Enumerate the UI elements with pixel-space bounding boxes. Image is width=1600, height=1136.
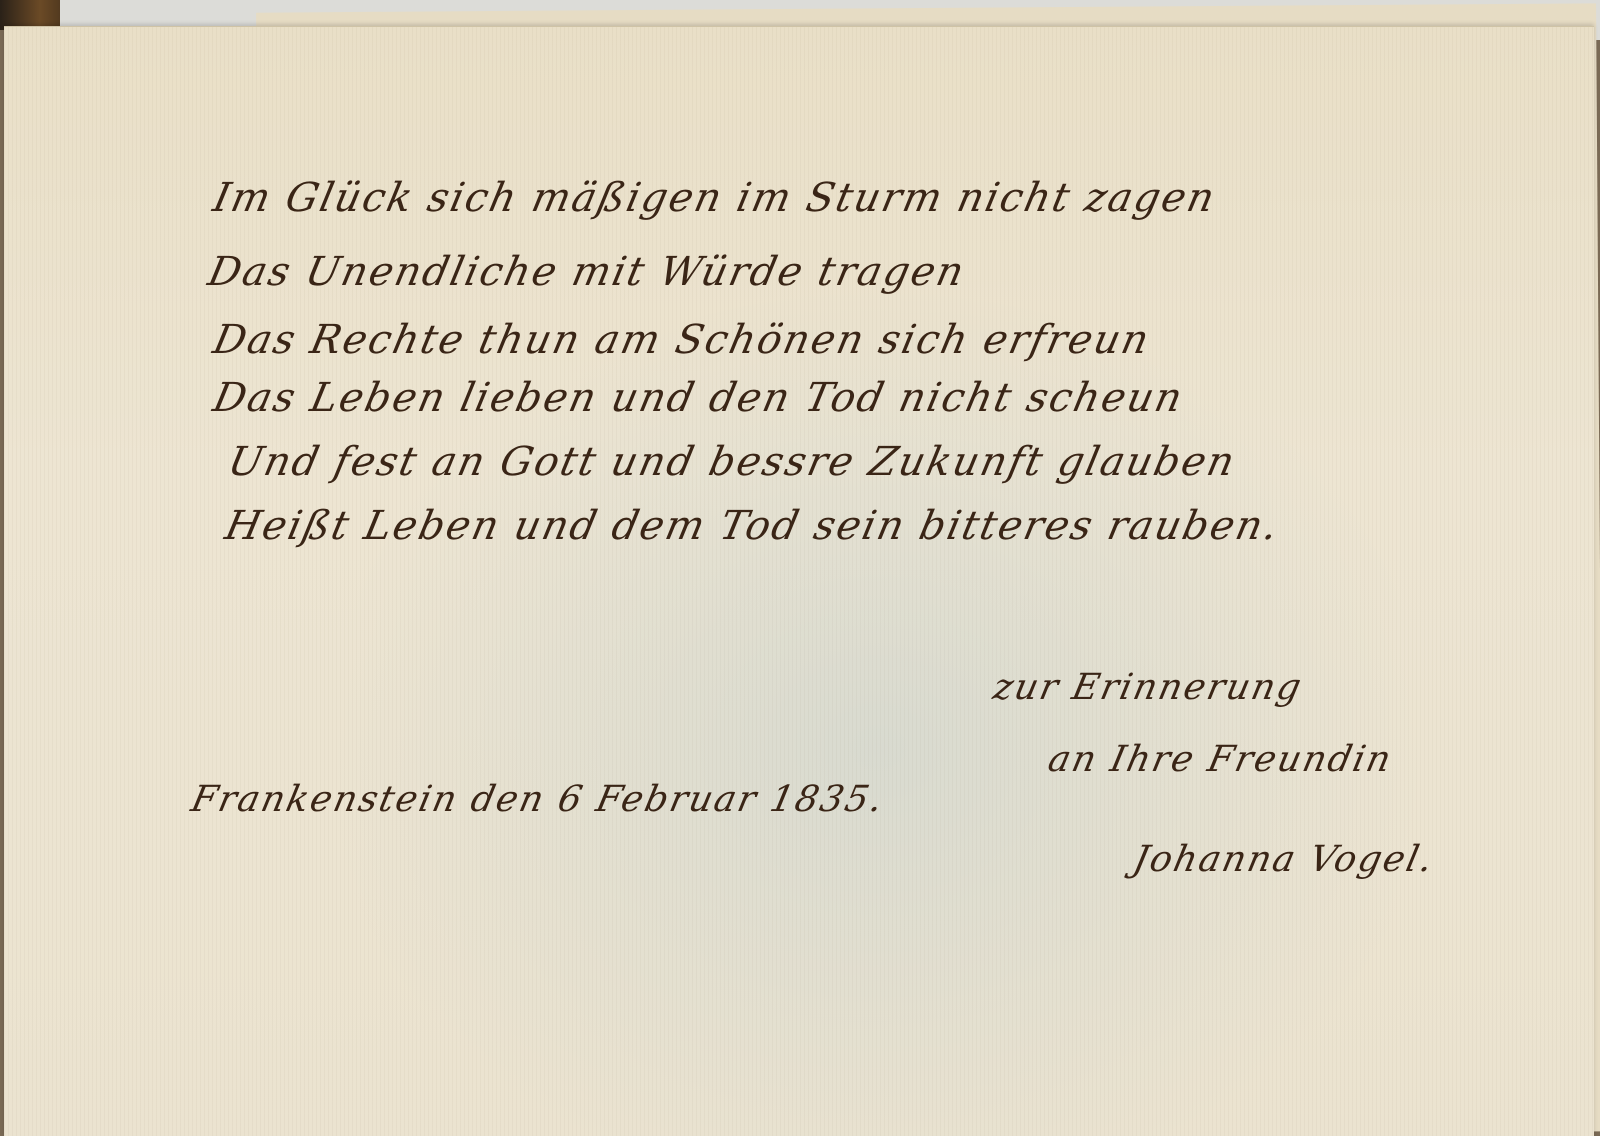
poem-line-3: Das Rechte thun am Schönen sich erfreun	[209, 317, 1155, 363]
dedication-line-2: an Ihre Freundin	[1045, 739, 1397, 780]
signature: Johanna Vogel.	[1130, 839, 1438, 880]
place-date: Frankenstein den 6 Februar 1835.	[188, 779, 889, 820]
poem-line-1: Im Glück sich mäßigen im Sturm nicht zag…	[209, 175, 1220, 221]
poem-line-4: Das Leben lieben und den Tod nicht scheu…	[209, 375, 1188, 421]
poem-line-5: Und fest an Gott und bessre Zukunft glau…	[224, 439, 1240, 485]
dedication-line-1: zur Erinnerung	[990, 667, 1307, 708]
paper-leaf: Im Glück sich mäßigen im Sturm nicht zag…	[4, 26, 1594, 1136]
poem-line-2: Das Unendliche mit Würde tragen	[204, 249, 970, 295]
poem-line-6: Heißt Leben und dem Tod sein bitteres ra…	[221, 503, 1284, 549]
